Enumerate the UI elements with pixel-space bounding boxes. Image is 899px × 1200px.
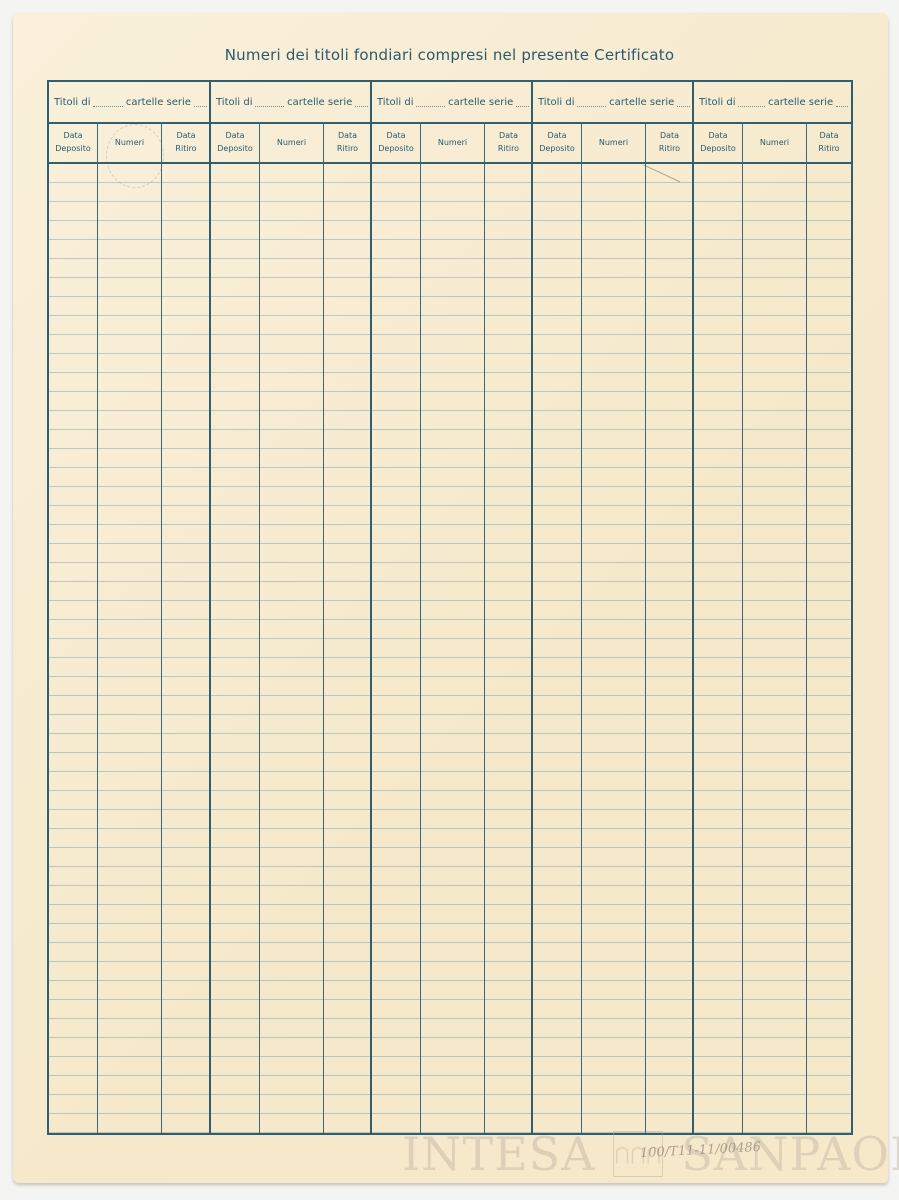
- entry-rows[interactable]: [533, 164, 581, 1133]
- numbers-column: Numeri: [420, 122, 484, 1133]
- numbers-column: Numeri: [581, 122, 645, 1133]
- titoli-label: Titoli di: [538, 97, 574, 108]
- titoli-blank[interactable]: [255, 98, 284, 107]
- titoli-label: Titoli di: [216, 97, 252, 108]
- faded-stamp: [106, 124, 164, 188]
- series-group: Titoli dicartelle serieDataDepositoNumer…: [209, 82, 371, 1133]
- serie-blank[interactable]: [194, 98, 207, 107]
- series-header: Titoli dicartelle serie: [49, 82, 210, 124]
- series-group: Titoli dicartelle serieDataDepositoNumer…: [370, 82, 532, 1133]
- titoli-blank[interactable]: [577, 98, 606, 107]
- entry-rows[interactable]: [807, 164, 851, 1133]
- entry-rows[interactable]: [98, 164, 161, 1133]
- watermark-intesa: INTESA: [402, 1127, 595, 1181]
- serie-blank[interactable]: [677, 98, 690, 107]
- titoli-label: Titoli di: [377, 97, 413, 108]
- column-header: Numeri: [260, 122, 323, 162]
- column-header: Numeri: [421, 122, 484, 162]
- withdrawal-date-column: DataRitiro: [484, 122, 532, 1133]
- entry-rows[interactable]: [743, 164, 806, 1133]
- series-header: Titoli dicartelle serie: [211, 82, 371, 124]
- entry-rows[interactable]: [162, 164, 210, 1133]
- entry-rows[interactable]: [421, 164, 484, 1133]
- serie-blank[interactable]: [516, 98, 529, 107]
- series-group: Titoli dicartelle serieDataDepositoNumer…: [531, 82, 693, 1133]
- series-header: Titoli dicartelle serie: [372, 82, 532, 124]
- column-header: DataRitiro: [324, 122, 371, 162]
- column-header: DataDeposito: [694, 122, 742, 162]
- column-header: DataRitiro: [646, 122, 693, 162]
- cartelle-label: cartelle serie: [609, 97, 674, 108]
- entry-rows[interactable]: [485, 164, 532, 1133]
- entry-rows[interactable]: [646, 164, 693, 1133]
- column-header: DataDeposito: [49, 122, 97, 162]
- deposit-date-column: DataDeposito: [211, 122, 259, 1133]
- series-group: Titoli dicartelle serieDataDepositoNumer…: [692, 82, 851, 1133]
- series-group: Titoli dicartelle serieDataDepositoNumer…: [49, 82, 210, 1133]
- serie-blank[interactable]: [836, 98, 848, 107]
- titoli-blank[interactable]: [738, 98, 765, 107]
- numbers-column: Numeri: [259, 122, 323, 1133]
- entry-rows[interactable]: [211, 164, 259, 1133]
- column-header: DataRitiro: [162, 122, 210, 162]
- titoli-label: Titoli di: [699, 97, 735, 108]
- column-header: Numeri: [743, 122, 806, 162]
- cartelle-label: cartelle serie: [126, 97, 191, 108]
- deposit-date-column: DataDeposito: [694, 122, 742, 1133]
- titoli-blank[interactable]: [416, 98, 445, 107]
- entry-rows[interactable]: [260, 164, 323, 1133]
- series-header: Titoli dicartelle serie: [533, 82, 693, 124]
- cartelle-label: cartelle serie: [448, 97, 513, 108]
- numbers-column: Numeri: [742, 122, 806, 1133]
- entry-rows[interactable]: [49, 164, 97, 1133]
- withdrawal-date-column: DataRitiro: [161, 122, 210, 1133]
- series-header: Titoli dicartelle serie: [694, 82, 851, 124]
- titoli-label: Titoli di: [54, 97, 90, 108]
- serie-blank[interactable]: [355, 98, 368, 107]
- entry-rows[interactable]: [582, 164, 645, 1133]
- deposit-date-column: DataDeposito: [533, 122, 581, 1133]
- withdrawal-date-column: DataRitiro: [645, 122, 693, 1133]
- deposit-date-column: DataDeposito: [372, 122, 420, 1133]
- withdrawal-date-column: DataRitiro: [806, 122, 851, 1133]
- column-header: DataRitiro: [807, 122, 851, 162]
- entry-rows[interactable]: [694, 164, 742, 1133]
- numbers-column: Numeri: [97, 122, 161, 1133]
- page-title: Numeri dei titoli fondiari compresi nel …: [0, 46, 899, 64]
- column-header: DataDeposito: [372, 122, 420, 162]
- titoli-blank[interactable]: [93, 98, 122, 107]
- cartelle-label: cartelle serie: [287, 97, 352, 108]
- cartelle-label: cartelle serie: [768, 97, 833, 108]
- column-header: DataRitiro: [485, 122, 532, 162]
- entry-rows[interactable]: [372, 164, 420, 1133]
- entry-rows[interactable]: [324, 164, 371, 1133]
- deposit-date-column: DataDeposito: [49, 122, 97, 1133]
- column-header: Numeri: [582, 122, 645, 162]
- column-header: DataDeposito: [211, 122, 259, 162]
- securities-table: Titoli dicartelle serieDataDepositoNumer…: [47, 80, 853, 1135]
- column-header: DataDeposito: [533, 122, 581, 162]
- withdrawal-date-column: DataRitiro: [323, 122, 371, 1133]
